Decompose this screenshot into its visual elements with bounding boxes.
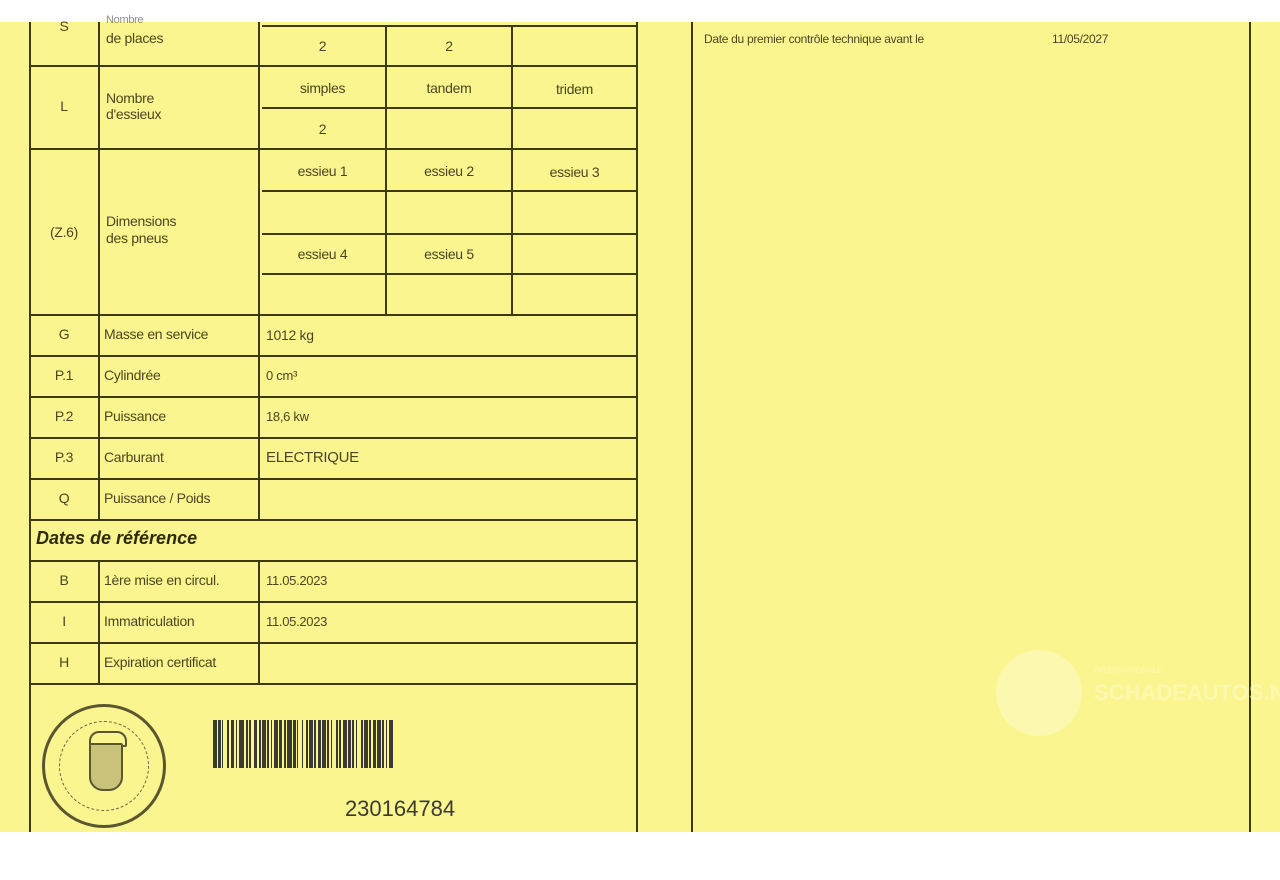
value-G: 1012 kg (266, 327, 314, 343)
grid-h (262, 233, 638, 235)
barcode-number: 230164784 (300, 796, 500, 822)
label-B: 1ère mise en circul. (104, 572, 219, 588)
watermark: INTERNATIONALE SCHADEAUTOS.NL (996, 650, 1256, 740)
label-H: Expiration certificat (104, 654, 216, 670)
code-P2: P.2 (30, 408, 98, 424)
globe-icon (996, 650, 1082, 736)
label-G: Masse en service (104, 326, 208, 342)
code-Z6: (Z.6) (30, 224, 98, 240)
label-P2: Puissance (104, 408, 166, 424)
header-tridem: tridem (513, 81, 636, 97)
value-P2: 18,6 kw (266, 409, 309, 424)
grid-h (262, 107, 638, 109)
border-code-col (98, 22, 100, 684)
watermark-brand: SCHADEAUTOS.NL (1094, 680, 1280, 706)
grid-h (29, 478, 638, 480)
grid-h (29, 642, 638, 644)
grid-h (29, 65, 638, 67)
barcode-icon (213, 720, 601, 768)
header-essieu-1: essieu 1 (260, 163, 385, 179)
header-simples: simples (260, 80, 385, 96)
code-P3: P.3 (30, 449, 98, 465)
label-Q: Puissance / Poids (104, 490, 210, 506)
label-P1: Cylindrée (104, 367, 160, 383)
value-P1: 0 cm³ (266, 368, 297, 383)
code-P1: P.1 (30, 367, 98, 383)
label-S-top: Nombre (106, 14, 143, 26)
code-H: H (30, 654, 98, 670)
grid-h (29, 437, 638, 439)
header-essieu-4: essieu 4 (260, 246, 385, 262)
grid-h-top (262, 25, 638, 27)
header-essieu-2: essieu 2 (387, 163, 511, 179)
dates-section-title: Dates de référence (36, 528, 197, 549)
header-essieu-3: essieu 3 (513, 164, 636, 180)
grid-h (29, 355, 638, 357)
grid-h (29, 148, 638, 150)
control-technique-date: 11/05/2027 (1052, 32, 1108, 46)
label-Z6-2: des pneus (106, 230, 168, 246)
grid-h (29, 683, 638, 685)
code-L: L (30, 98, 98, 114)
value-S-1: 2 (260, 38, 385, 54)
header-tandem: tandem (387, 80, 511, 96)
border-table-right (636, 22, 638, 832)
border-left (29, 22, 31, 832)
label-I: Immatriculation (104, 613, 194, 629)
grid-h (29, 601, 638, 603)
grid-h (262, 190, 638, 192)
code-Q: Q (30, 490, 98, 506)
code-G: G (30, 326, 98, 342)
grid-h (29, 560, 638, 562)
grid-h (262, 273, 638, 275)
value-B: 11.05.2023 (266, 573, 327, 588)
value-L-simples: 2 (260, 121, 385, 137)
header-essieu-5: essieu 5 (387, 246, 511, 262)
luxembourg-seal-icon (42, 704, 166, 828)
label-L-1: Nombre (106, 90, 154, 106)
border-panel-left (691, 22, 693, 832)
control-technique-label: Date du premier contrôle technique avant… (704, 32, 924, 46)
code-B: B (30, 572, 98, 588)
value-P3: ELECTRIQUE (266, 449, 359, 466)
coat-of-arms-icon (89, 743, 123, 791)
label-P3: Carburant (104, 449, 164, 465)
value-S-2: 2 (387, 38, 511, 54)
label-S: de places (106, 30, 163, 46)
grid-h (29, 396, 638, 398)
label-L-2: d'essieux (106, 106, 161, 122)
value-I: 11.05.2023 (266, 614, 327, 629)
grid-h (29, 314, 638, 316)
code-S: S (30, 18, 98, 34)
watermark-small: INTERNATIONALE (1094, 666, 1163, 675)
code-I: I (30, 613, 98, 629)
label-Z6-1: Dimensions (106, 213, 176, 229)
